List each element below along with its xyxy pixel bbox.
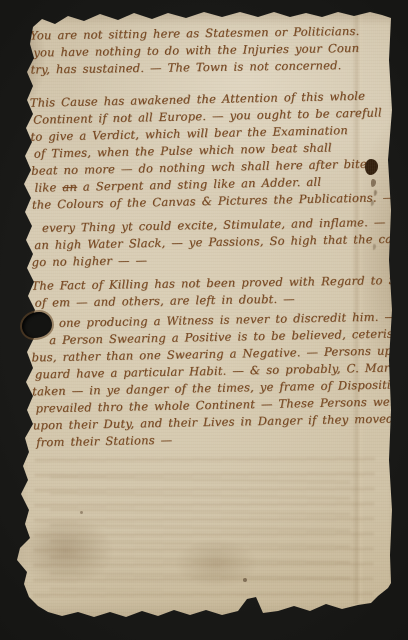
manuscript-paragraph: You are not sitting here as Statesmen or… xyxy=(30,23,387,79)
bleed-through-text xyxy=(50,470,350,590)
manuscript-paragraph: every Thing yt could excite, Stimulate, … xyxy=(31,214,388,271)
manuscript-line: try, has sustained. — The Town is not co… xyxy=(30,57,386,79)
line-segment: like xyxy=(34,180,62,195)
paper-speck xyxy=(80,511,83,514)
struck-word: an xyxy=(62,180,77,194)
paper-speck xyxy=(243,578,247,582)
manuscript-paragraph: one producing a Witness is never to disc… xyxy=(31,309,390,452)
manuscript-paragraph: The Fact of Killing has not been proved … xyxy=(31,272,387,312)
manuscript-paragraph: This Cause has awakened the Attention of… xyxy=(30,87,388,213)
manuscript-page: You are not sitting here as Statesmen or… xyxy=(0,0,408,640)
